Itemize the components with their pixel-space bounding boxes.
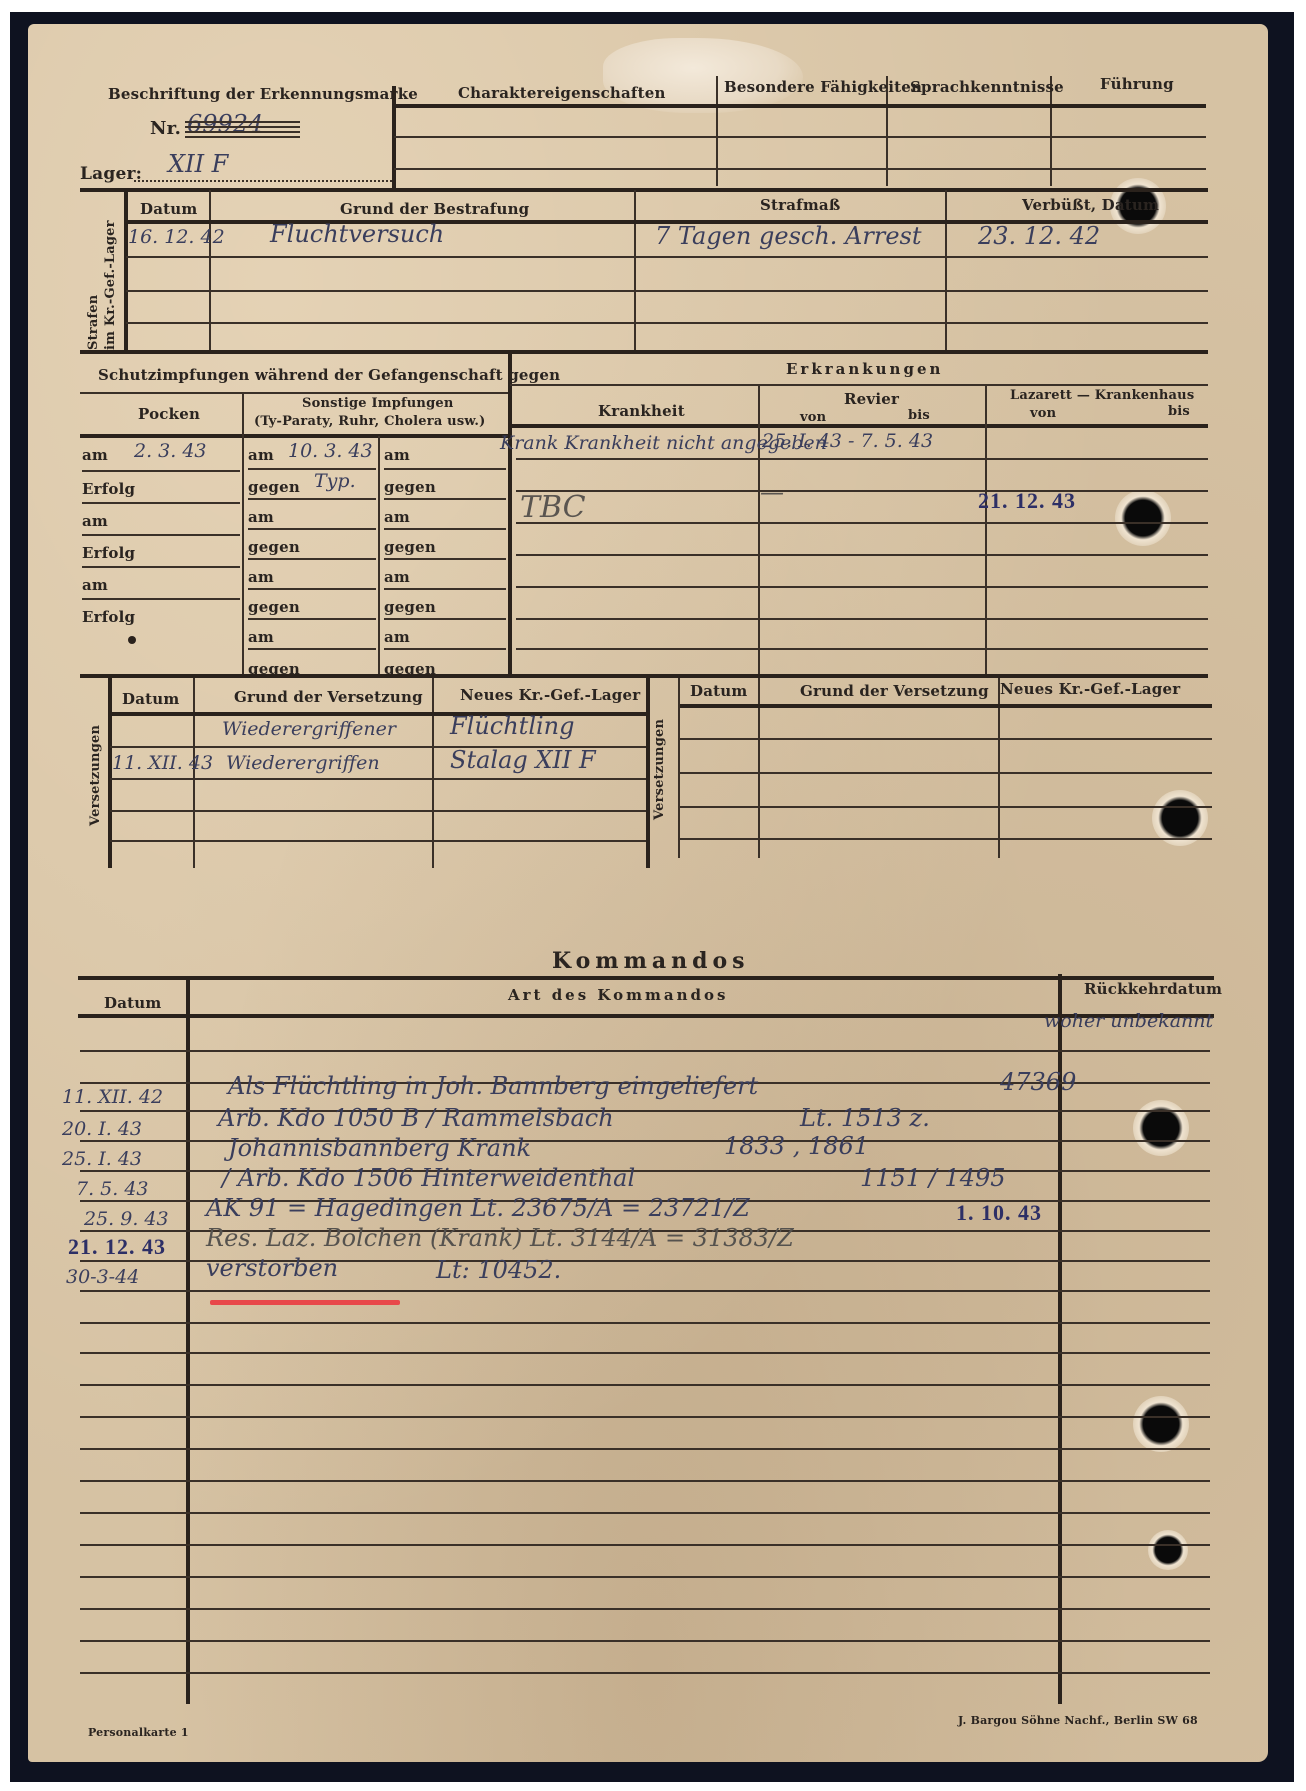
hospital-to: bis [1168, 404, 1190, 419]
transfer-reason: Wiederergriffener [222, 718, 396, 740]
kommando-date: 7. 5. 43 [76, 1178, 149, 1200]
kommando-number: Lt. 1513 z. [800, 1104, 930, 1132]
nr-value: 69924 [187, 110, 263, 138]
kommando-date: 30-3-44 [66, 1266, 139, 1288]
lager-value: XII F [168, 150, 228, 178]
col-conduct: Führung [1100, 75, 1174, 93]
col-character: Charaktereigenschaften [458, 84, 666, 102]
col-reason: Grund der Bestrafung [340, 200, 529, 218]
punishment-served: 23. 12. 42 [978, 222, 1100, 250]
kommando-date: 25. 9. 43 [84, 1208, 169, 1230]
transfer-camp: Stalag XII F [450, 746, 596, 774]
kommando-text: / Arb. Kdo 1506 Hinterweidenthal [222, 1164, 635, 1192]
transfer-date: 11. XII. 43 [112, 752, 213, 774]
kommando-number: 47369 [1000, 1068, 1076, 1096]
illness-disease: TBC [520, 490, 586, 525]
transfers-side-label: Versetzungen [88, 725, 103, 826]
smallpox-header: Pocken [138, 405, 200, 423]
punishments-side-label-2: im Kr.-Gef.-Lager [103, 220, 118, 350]
lager-label: Lager: [80, 164, 142, 184]
transfers-col-reason: Grund der Versetzung [234, 688, 423, 706]
kommando-date: 20. I. 43 [62, 1118, 142, 1140]
punishments-side-label-1: Strafen [86, 220, 101, 350]
kommando-text: Res. Laz. Bolchen (Krank) Lt. 3144/A = 3… [206, 1224, 794, 1252]
kommandos-col-type: Art des Kommandos [508, 986, 728, 1004]
printer-imprint: J. Bargou Söhne Nachf., Berlin SW 68 [958, 1714, 1198, 1727]
infirmary-from: von [800, 410, 826, 425]
kommando-text: verstorben [206, 1254, 338, 1282]
transfers-col-reason-right: Grund der Versetzung [800, 682, 989, 700]
punch-hole [1133, 1396, 1189, 1452]
kommando-return-stamp: 1. 10. 43 [956, 1200, 1042, 1226]
transfer-reason: Wiederergriffen [226, 752, 380, 774]
transfers-col-date-right: Datum [690, 682, 747, 700]
nr-label: Nr. [150, 118, 181, 139]
col-infirmary: Revier [844, 390, 899, 408]
transfers-col-date: Datum [122, 690, 179, 708]
col-penalty: Strafmaß [760, 196, 840, 214]
transfers-col-camp: Neues Kr.-Gef.-Lager [460, 686, 640, 704]
col-hospital: Lazarett — Krankenhaus [1010, 388, 1194, 403]
kommandos-col-return: Rückkehrdatum [1084, 980, 1222, 998]
col-disease: Krankheit [598, 402, 685, 420]
kommando-date: 11. XII. 42 [62, 1086, 163, 1108]
kommando-number: 1833 , 1861 [724, 1132, 869, 1160]
transfers-side-label-right: Versetzungen [652, 719, 667, 820]
kommandos-title: Kommandos [552, 948, 750, 974]
illness-infirmary: 25. I. 43 - 7. 5. 43 [762, 430, 933, 452]
punishment-penalty: 7 Tagen gesch. Arrest [655, 222, 921, 250]
vaccinations-title: Schutzimpfungen während der Gefangenscha… [98, 366, 560, 384]
illnesses-title: Erkrankungen [786, 360, 943, 378]
kommando-text: AK 91 = Hagedingen Lt. 23675/A = 23721/Z [206, 1194, 750, 1222]
kommando-date: 25. I. 43 [62, 1148, 142, 1170]
other-vacc-against: Typ. [314, 470, 356, 492]
transfers-col-camp-right: Neues Kr.-Gef.-Lager [1000, 680, 1180, 698]
other-vacc-header-2: (Ty-Paraty, Ruhr, Cholera usw.) [254, 414, 486, 429]
kommando-number: 1151 / 1495 [860, 1164, 1006, 1192]
transfer-camp: Flüchtling [450, 712, 575, 740]
kommando-date-stamp: 21. 12. 43 [68, 1234, 166, 1260]
smallpox-date: 2. 3. 43 [134, 440, 207, 462]
punishment-reason: Fluchtversuch [270, 220, 444, 248]
kommando-number: Lt: 10452. [436, 1256, 561, 1284]
punch-hole [1148, 1530, 1188, 1570]
kommando-text: Als Flüchtling in Joh. Bannberg eingelie… [228, 1072, 758, 1100]
col-abilities: Besondere Fähigkeiten [724, 78, 922, 96]
kommando-text: Johannisbannberg Krank [228, 1134, 531, 1162]
punishment-date: 16. 12. 42 [128, 226, 225, 248]
return-note: woher unbekannt [1044, 1010, 1213, 1032]
id-tag-label: Beschriftung der Erkennungsmarke [108, 85, 418, 103]
col-date: Datum [140, 200, 197, 218]
hospital-stamp-date: 21. 12. 43 [978, 488, 1076, 514]
illness-infirmary: — [760, 478, 784, 506]
kommandos-col-date: Datum [104, 994, 161, 1012]
hospital-from: von [1030, 406, 1056, 421]
infirmary-to: bis [908, 408, 930, 423]
col-served: Verbüßt, Datum [1022, 196, 1159, 214]
red-underline [210, 1300, 400, 1305]
other-vacc-list-right: am gegen am gegen am gegen am gegen [384, 440, 506, 680]
other-vacc-header-1: Sonstige Impfungen [302, 396, 454, 411]
punch-hole [1133, 1100, 1189, 1156]
other-vacc-list-left: am 10. 3. 43 gegen Typ. am gegen am gege… [248, 440, 376, 680]
smallpox-list: am 2. 3. 43 Erfolg am Erfolg am Erfolg [82, 440, 240, 632]
kommando-text: Arb. Kdo 1050 B / Rammelsbach [218, 1104, 614, 1132]
punch-hole [1115, 490, 1171, 546]
form-name: Personalkarte 1 [88, 1726, 189, 1739]
other-vacc-date: 10. 3. 43 [288, 440, 373, 462]
col-languages: Sprachkenntnisse [910, 78, 1064, 96]
personnel-card [28, 24, 1268, 1762]
